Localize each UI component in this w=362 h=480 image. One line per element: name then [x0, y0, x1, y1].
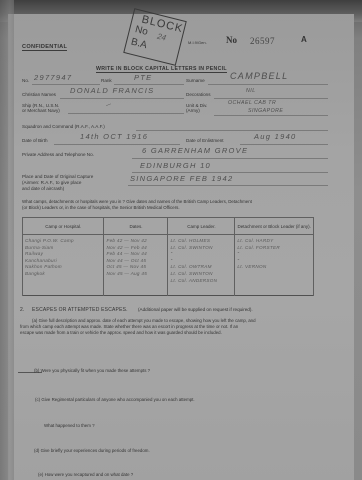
address-label: Private Address and Telephone No.	[22, 152, 94, 157]
header-camp-leader: Camp Leader.	[168, 218, 235, 235]
address-line-2: EDINBURGH 10	[140, 161, 211, 170]
scan-left-edge	[0, 0, 14, 480]
section-2-title: ESCAPES OR ATTEMPTED ESCAPES.	[32, 307, 128, 313]
question-c: (c) Give Regimental particulars of anyon…	[35, 397, 195, 402]
unit-label: Unit & Div. (Army)	[186, 103, 210, 113]
instruction-heading: WRITE IN BLOCK CAPITAL LETTERS IN PENCIL	[96, 66, 227, 73]
classification-label: CONFIDENTIAL	[22, 44, 67, 51]
stamp-line-2: No	[134, 24, 149, 38]
enlistment-label: Date of Enlistment	[186, 138, 224, 143]
block-stamp: BLOCK No B.A 24	[123, 8, 187, 66]
ship-label: Ship (R.N., U.S.N. or Merchant Navy)	[22, 103, 62, 113]
christian-names-label: Christian Names	[22, 92, 56, 97]
address-line-1: 6 GARRENHAM GROVE	[142, 146, 248, 155]
question-a-line-2: from which camp each attempt was made. S…	[20, 324, 238, 329]
question-a-line-1: (a) Give full description and approx. da…	[32, 318, 256, 323]
decorations-label: Decorations	[186, 92, 211, 97]
decorations-value: NIL	[246, 88, 256, 94]
service-number-value: 2977947	[34, 73, 72, 82]
question-d: (d) Give briefly your experiences during…	[34, 448, 150, 453]
rank-label: Rank	[101, 78, 112, 83]
question-c-follow-up: What happened to them ?	[44, 423, 95, 428]
camps-question-line-2: (or Block) Leaders or, in the case of ho…	[22, 205, 180, 210]
questionnaire-page: CONFIDENTIAL BLOCK No B.A 24 M.I.9/Gen. …	[8, 14, 354, 480]
cell-block-leaders: Lt. Col. HARDY Lt. Col. FORSTER " " Lt. …	[235, 235, 314, 296]
rank-value: PTE	[134, 73, 153, 82]
form-number-value: 26597	[250, 36, 275, 46]
question-b: (b) Were you physically fit when you mad…	[34, 368, 150, 373]
cell-dates: Feb 42 — Nov 42 Nov 42 — Feb 44 Feb 44 —…	[104, 235, 168, 296]
camps-question-line-1: What camps, detachments or hospitals wer…	[22, 199, 252, 204]
unit-value-line-2: SINGAPORE	[248, 108, 283, 114]
ship-value: —	[105, 101, 112, 109]
date-of-birth-value: 14th OCT 1916	[80, 132, 148, 141]
christian-names-value: DONALD FRANCIS	[70, 86, 154, 95]
table-row: Changi P.O.W. Camp Burma-Siam Railway Ka…	[23, 235, 314, 296]
header-camp-or-hospital: Camp or Hospital.	[23, 218, 104, 235]
cell-camps: Changi P.O.W. Camp Burma-Siam Railway Ka…	[23, 235, 104, 296]
unit-value-line-1: OCHAEL CAB TR	[228, 100, 276, 106]
header-dates: Dates.	[104, 218, 168, 235]
form-series: A	[301, 35, 307, 44]
capture-value: SINGAPORE FEB 1942	[130, 174, 233, 183]
section-2-note: (Additional paper will be supplied on re…	[138, 307, 253, 312]
form-reference: M.I.9/Gen.	[188, 40, 207, 45]
capture-label-line-2: (Airmen: R.A.F., to give place	[22, 180, 82, 185]
question-e: (e) How were you recaptured and on what …	[38, 472, 133, 477]
camps-table: Camp or Hospital. Dates. Camp Leader. De…	[22, 217, 314, 296]
capture-label-line-1: Place and Date of Original Capture	[22, 174, 93, 179]
enlistment-value: Aug 1940	[254, 132, 297, 141]
stamp-handwritten-number: 24	[156, 32, 167, 43]
surname-value: CAMPBELL	[230, 71, 288, 81]
cell-camp-leaders: Lt. Col. HOLMES Lt. Col. SWINTON " " Lt.…	[168, 235, 235, 296]
service-number-label: No.	[22, 78, 29, 83]
stamp-line-3: B.A	[130, 37, 148, 52]
form-number-label: No	[226, 35, 237, 45]
surname-label: Surname	[186, 78, 205, 83]
header-detachment-leader: Detachment or Block Leader (if any).	[235, 218, 314, 235]
section-2-number: 2.	[20, 307, 24, 313]
question-a-line-3: escape was made from a train or vehicle …	[20, 330, 222, 335]
capture-label-line-3: and date of aircrash)	[22, 186, 64, 191]
squadron-label: Squadron and Command (R.A.F., A.A.F.)	[22, 124, 105, 129]
date-of-birth-label: Date of Birth	[22, 138, 48, 143]
